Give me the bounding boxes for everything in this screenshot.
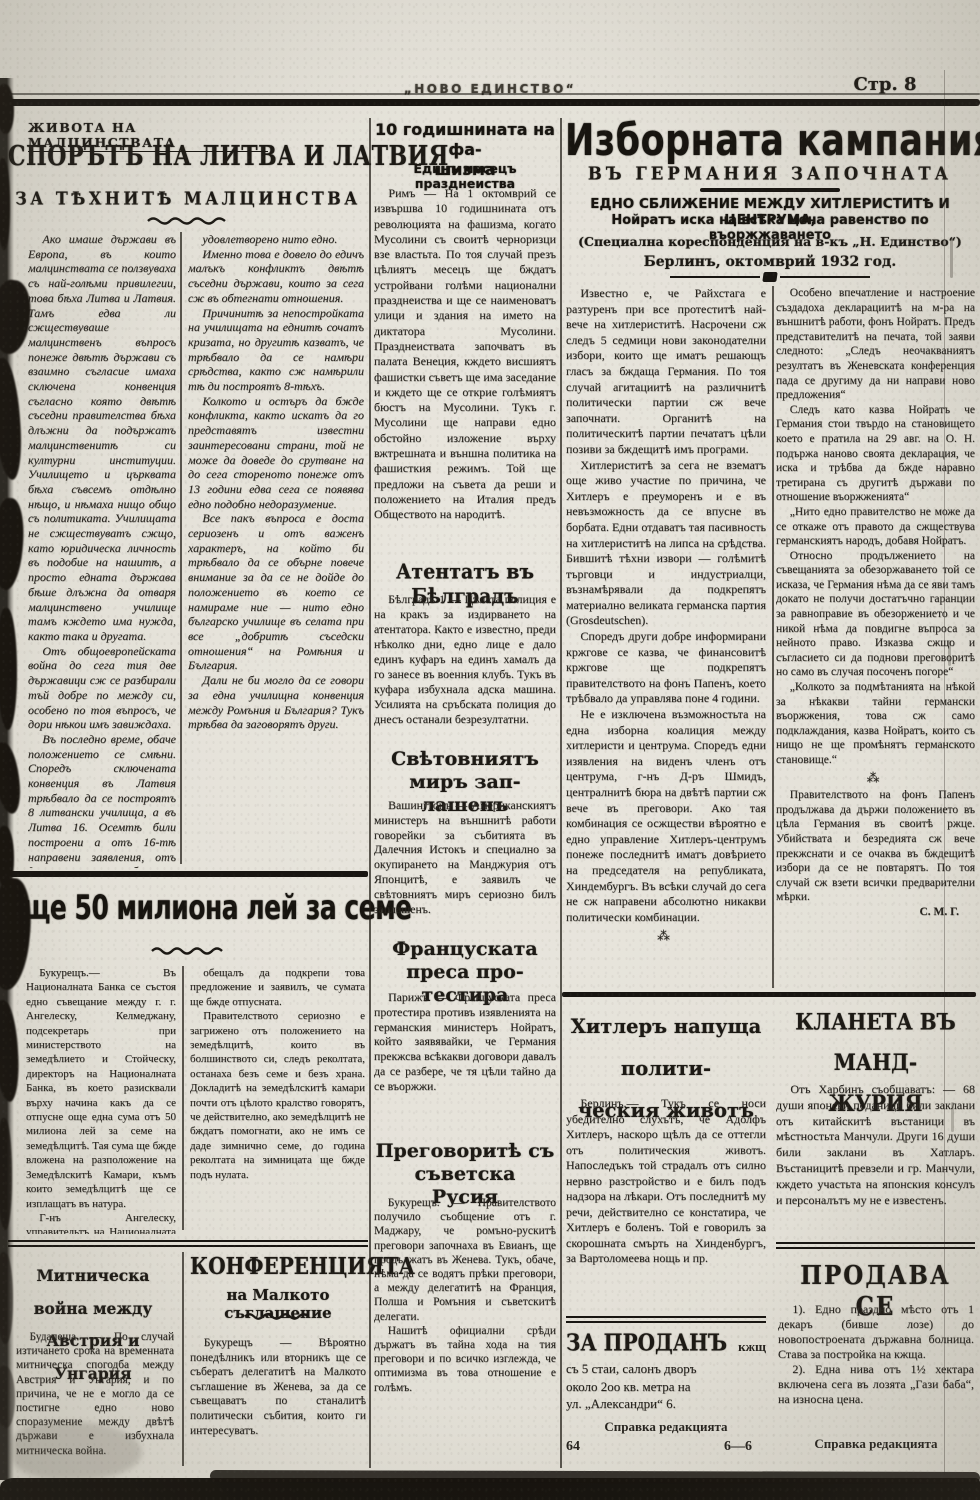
hitler-body: Берлинъ.— Тукъ се носи убедително слухът… [566,1096,766,1310]
for-sale-lines: съ 5 стаи, салонъ дворъ около 2оо кв. ме… [566,1360,766,1413]
seed-col1: Букурещъ.— Въ Националната Банка се съст… [26,966,176,1234]
conference-ornament [243,1312,309,1321]
scan-blot [0,357,24,481]
for-sale-side-note: кжщ [738,1339,766,1355]
dispute-headline: СПОРЪТЪ НА ЛИТВА И ЛАТВИЯ [8,140,368,173]
scan-blot [0,497,27,591]
seed-column-rule [182,966,184,1230]
scan-speck [950,238,953,278]
election-credit: (Специална кореспонденция на в-къ „Н. Ед… [565,234,975,249]
for-sale-ref-left: 64 [566,1439,580,1455]
conference-body: Букурещъ — Вѣроятно понедѣлникъ или втор… [190,1336,366,1468]
masthead-page-label: Стр. 8 [840,74,930,95]
election-subhead-rule [700,188,840,192]
fascism-body: Римъ — На 1 октомврий се извършва 10 год… [374,186,556,558]
dispute-col2: удовлетворено нито едно.Именно това е до… [188,232,364,868]
french-press-body: Парижъ — Француската преса протестира пр… [374,990,556,1126]
for-sale-ref-right: 6—6 [724,1439,766,1455]
belgrade-body: Бѣлградъ 1 — Цѣлата полиция е на кракъ з… [374,592,556,746]
scan-bottom-bar-2 [210,1470,980,1484]
dispute-column-rule [180,232,182,864]
scan-speck [951,1102,954,1132]
peace-body: Вашингтонъ — Американскиятъ министеръ на… [374,798,556,930]
bottom-left-rule [8,1240,368,1247]
election-headline: Изборната кампания [565,116,975,166]
for-sale-ad: ЗА ПРОДАНЪ кжщ съ 5 стаи, салонъ дворъ о… [566,1332,766,1455]
seed-col2: обещалъ да подкрепи това предложение и з… [190,966,365,1234]
election-column-rule [772,286,774,988]
masthead-rule-thin [0,93,980,95]
masthead-rule [0,99,980,106]
ornament-divider [146,216,232,226]
election-col1: Известно е, че Райхстага е разтуренъ при… [566,286,766,986]
scan-speck [948,640,951,666]
conference-headline: КОНФЕРЕНЦИЯТА [190,1252,366,1280]
middle-right-rule [560,118,562,1468]
soviet-talks-body: Букурещъ. — Правителството получило съоб… [374,1196,556,1452]
for-sale-contact: Справка редакцията [566,1419,766,1435]
scan-blot [0,608,17,730]
dispute-col1: Ако имаше държави въ Европа, въ които ма… [28,232,176,868]
dispute-subhead: ЗА ТѢХНИТѢ МАЛЦИНСТВА [8,188,368,209]
left-middle-rule [369,118,371,1468]
election-subheadline: ВЪ ГЕРМАНИЯ ЗАПОЧНАТА [565,163,975,184]
seed-ornament [150,946,226,956]
scan-blot [0,741,23,815]
scan-smudge [12,1422,142,1480]
bottom-left-column-rule [182,1252,184,1466]
newspaper-page: „НОВО ЕДИНСТВО“ Стр. 8 ЖИВОТА НА МАЛЦИНС… [0,0,980,1500]
election-dateline: Берлинъ, октомврий 1932 год. [565,254,975,270]
seed-headline: Още 50 милиона лей за семе [2,888,370,927]
seed-top-rule [8,871,368,877]
for-sale-top-rule [566,1316,766,1323]
scan-right-line [944,70,945,1475]
for-sale-headline: ЗА ПРОДАНЪ [566,1328,727,1356]
election-bottom-rule [562,992,976,997]
scan-blot [0,999,21,1102]
election-diamond-divider [670,272,870,282]
